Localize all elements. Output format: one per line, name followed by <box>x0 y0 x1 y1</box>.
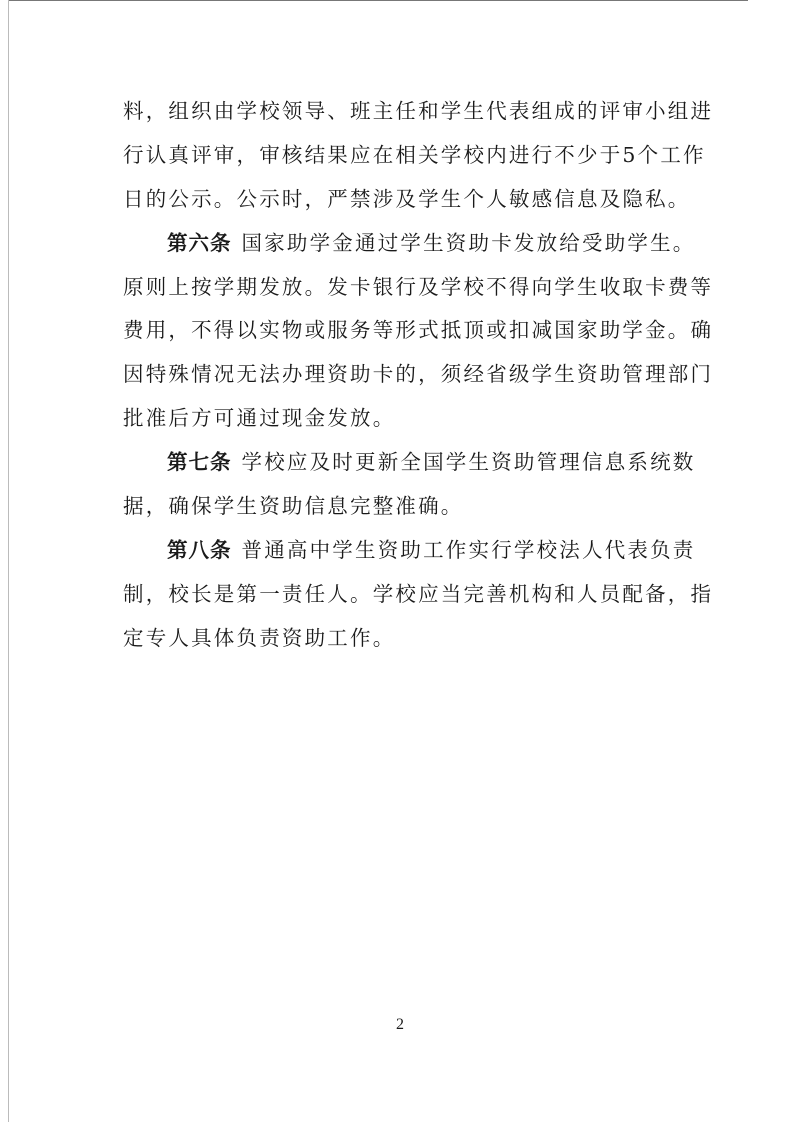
text-line: 第八条普通高中学生资助工作实行学校法人代表负责 <box>123 529 683 573</box>
article-label: 第六条 <box>167 231 232 255</box>
text-line: 因特殊情况无法办理资助卡的，须经省级学生资助管理部门 <box>123 353 683 397</box>
text-line: 批准后方可通过现金发放。 <box>123 397 683 441</box>
text-line: 第七条学校应及时更新全国学生资助管理信息系统数 <box>123 441 683 485</box>
article-6: 第六条国家助学金通过学生资助卡发放给受助学生。 原则上按学期发放。发卡银行及学校… <box>123 222 683 441</box>
scan-border-top <box>8 0 748 1</box>
article-text: 学校应及时更新全国学生资助管理信息系统数 <box>242 450 696 474</box>
text-line: 制，校长是第一责任人。学校应当完善机构和人员配备，指 <box>123 573 683 617</box>
text-line: 第六条国家助学金通过学生资助卡发放给受助学生。 <box>123 222 683 266</box>
text-line: 据，确保学生资助信息完整准确。 <box>123 485 683 529</box>
article-7: 第七条学校应及时更新全国学生资助管理信息系统数 据，确保学生资助信息完整准确。 <box>123 441 683 529</box>
text-line: 原则上按学期发放。发卡银行及学校不得向学生收取卡费等 <box>123 266 683 310</box>
document-body: 料，组织由学校领导、班主任和学生代表组成的评审小组进 行认真评审，审核结果应在相… <box>123 90 683 661</box>
article-label: 第八条 <box>167 538 232 562</box>
article-text: 国家助学金通过学生资助卡发放给受助学生。 <box>242 231 696 255</box>
paragraph-continuation: 料，组织由学校领导、班主任和学生代表组成的评审小组进 行认真评审，审核结果应在相… <box>123 90 683 222</box>
text-line: 行认真评审，审核结果应在相关学校内进行不少于5个工作 <box>123 134 683 178</box>
article-label: 第七条 <box>167 450 232 474</box>
page-number: 2 <box>396 1016 404 1034</box>
article-8: 第八条普通高中学生资助工作实行学校法人代表负责 制，校长是第一责任人。学校应当完… <box>123 529 683 661</box>
text-line: 料，组织由学校领导、班主任和学生代表组成的评审小组进 <box>123 90 683 134</box>
article-text: 普通高中学生资助工作实行学校法人代表负责 <box>242 538 696 562</box>
text-line: 日的公示。公示时，严禁涉及学生个人敏感信息及隐私。 <box>123 178 683 222</box>
text-line: 费用，不得以实物或服务等形式抵顶或扣减国家助学金。确 <box>123 309 683 353</box>
text-line: 定专人具体负责资助工作。 <box>123 617 683 661</box>
scan-border-left <box>8 0 9 1122</box>
